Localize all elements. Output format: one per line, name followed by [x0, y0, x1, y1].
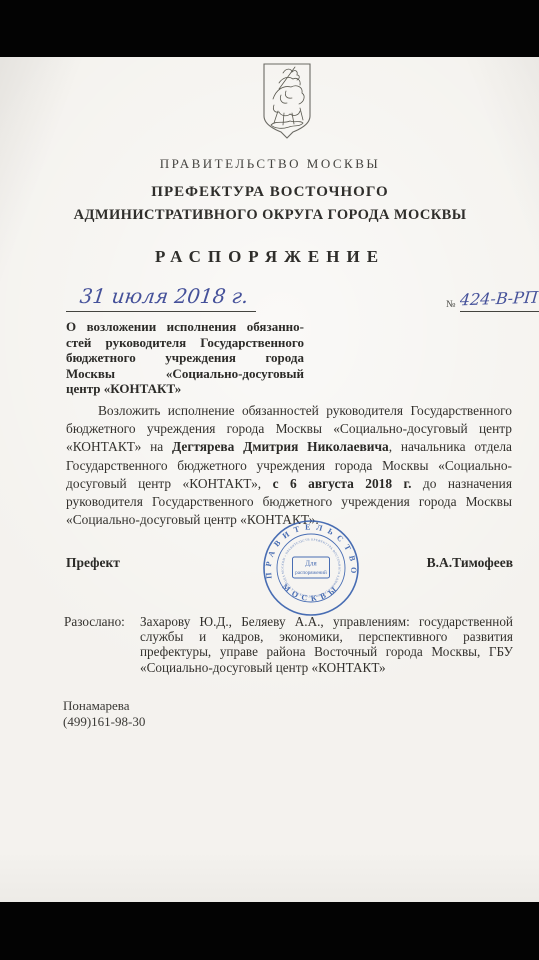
number-label: № [446, 299, 456, 310]
distribution-list: Захарову Ю.Д., Беляеву А.А., управлениям… [140, 614, 513, 675]
letterbox-bottom [0, 902, 539, 960]
moscow-coat-of-arms-icon [259, 61, 315, 141]
issuer-prefecture-line1: ПРЕФЕКТУРА ВОСТОЧНОГО [45, 184, 495, 201]
office-stamp: ПРАВИТЕЛЬСТВО МОСКВЫ ПРЕФЕКТУРА ВОСТОЧНО… [259, 516, 363, 620]
number-field: № 424-В-РП [446, 285, 539, 312]
handwritten-date: 31 июля 2018 г. [78, 281, 250, 311]
body-paragraph: Возложить исполнение обязанностей руково… [66, 402, 512, 529]
signer-title: Префект [66, 555, 120, 571]
subject-line: Москвы «Социально-досуговый [66, 366, 304, 382]
signer-name: В.А.Тимофеев [427, 555, 513, 571]
executor-phone: (499)161-98-30 [63, 714, 145, 730]
issuer-government: ПРАВИТЕЛЬСТВО МОСКВЫ [45, 156, 495, 172]
number-underline: 424-В-РП [460, 285, 539, 312]
contact-block: Понамарева (499)161-98-30 [63, 698, 145, 730]
subject-line: О возложении исполнения обязанно- [66, 319, 304, 335]
effective-date: с 6 августа 2018 г. [273, 476, 412, 491]
issuer-prefecture-line2: АДМИНИСТРАТИВНОГО ОКРУГА ГОРОДА МОСКВЫ [45, 207, 495, 224]
appointee-name: Дегтярева Дмитрия Николаевича [172, 439, 389, 454]
letterbox-top [0, 0, 539, 57]
document-type-title: РАСПОРЯЖЕНИЕ [45, 247, 495, 267]
distribution-block: Разослано: Захарову Ю.Д., Беляеву А.А., … [64, 614, 513, 675]
handwritten-number: 424-В-РП [460, 285, 539, 312]
subject-line: центр «КОНТАКТ» [66, 381, 304, 397]
subject-line: стей руководителя Государственного [66, 335, 304, 351]
stamp-center-line2: распоряжений [295, 569, 327, 576]
screenshot-root: ПРАВИТЕЛЬСТВО МОСКВЫ ПРЕФЕКТУРА ВОСТОЧНО… [0, 0, 539, 960]
executor-name: Понамарева [63, 698, 145, 714]
stamp-center-line1: Для [305, 560, 317, 568]
subject-block: О возложении исполнения обязанно- стей р… [66, 319, 304, 397]
document-page: ПРАВИТЕЛЬСТВО МОСКВЫ ПРЕФЕКТУРА ВОСТОЧНО… [0, 57, 539, 902]
distribution-label: Разослано: [64, 614, 140, 675]
date-field: 31 июля 2018 г. [66, 281, 256, 312]
subject-line: бюджетного учреждения города [66, 350, 304, 366]
